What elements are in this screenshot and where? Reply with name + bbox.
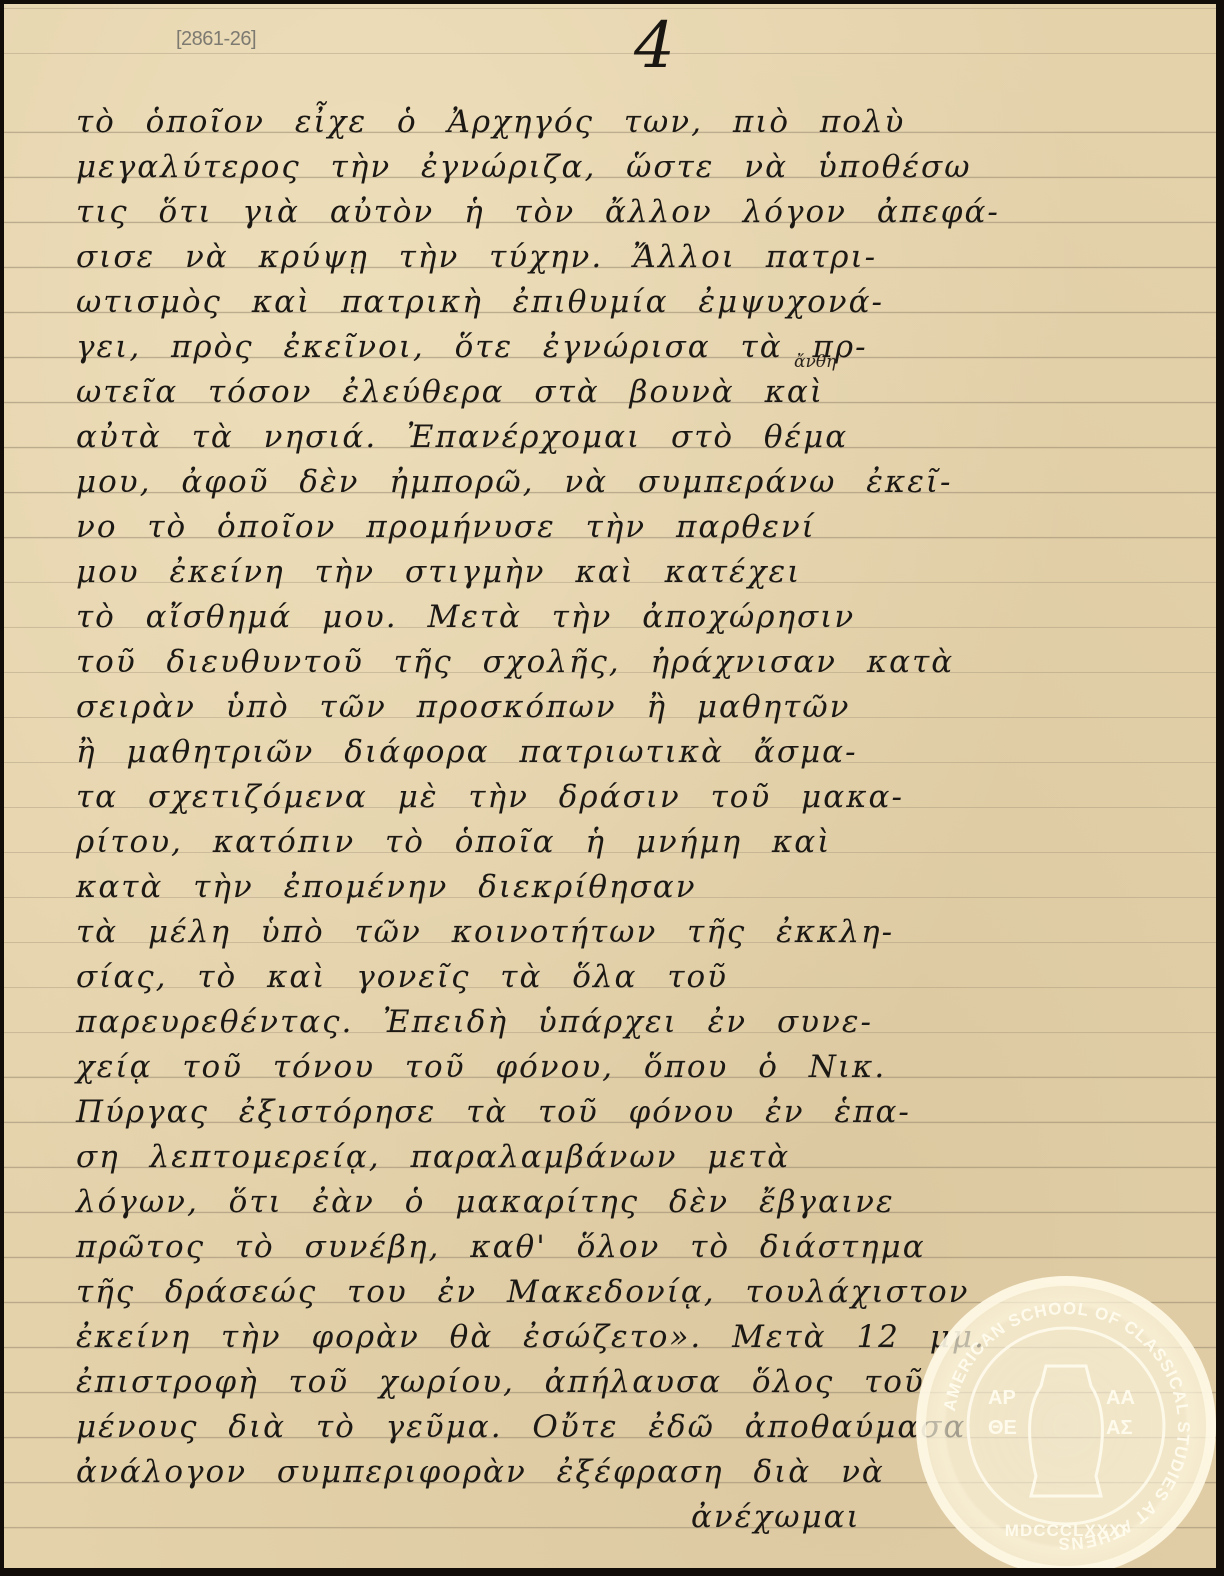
text-line: τα σχετιζόμενα μὲ τὴν δράσιν τοῦ μακα-	[76, 775, 1216, 820]
svg-text:ΑΡ: ΑΡ	[988, 1387, 1016, 1409]
manuscript-page: [2861-26] 4 τὸ ὁποῖον εἶχε ὁ Ἀρχηγός των…	[4, 4, 1216, 1568]
svg-text:ΑΣ: ΑΣ	[1106, 1417, 1132, 1439]
text-line: μου ἐκείνη τὴν στιγμὴν καὶ κατέχει	[76, 550, 1216, 595]
interlinear-insertion: ἄνθη	[794, 352, 836, 372]
text-line: Πύργας ἐξιστόρησε τὰ τοῦ φόνου ἐν ἑπα-	[76, 1090, 1216, 1135]
text-line: τις ὅτι γιὰ αὐτὸν ἡ τὸν ἄλλον λόγον ἀπεφ…	[76, 190, 1216, 235]
seal-emblem-icon: AMERICAN SCHOOL OF CLASSICAL STUDIES AT …	[926, 1286, 1206, 1566]
text-line: ἢ μαθητριῶν διάφορα πατριωτικὰ ἄσμα-	[76, 730, 1216, 775]
text-line: ωτεῖα τόσον ἐλεύθερα στὰ βουνὰ καὶ	[76, 370, 1216, 415]
text-line: τὸ ὁποῖον εἶχε ὁ Ἀρχηγός των, πιὸ πολὺ	[76, 100, 1216, 145]
text-line: τοῦ διευθυντοῦ τῆς σχολῆς, ἠράχνισαν κατ…	[76, 640, 1216, 685]
text-line: σισε νὰ κρύψῃ τὴν τύχην. Ἄλλοι πατρι-	[76, 235, 1216, 280]
text-line: μου, ἀφοῦ δὲν ἠμπορῶ, νὰ συμπεράνω ἐκεῖ-	[76, 460, 1216, 505]
text-line: λόγων, ὅτι ἐὰν ὁ μακαρίτης δὲν ἔβγαινε	[76, 1180, 1216, 1225]
text-line: τὰ μέλη ὑπὸ τῶν κοινοτήτων τῆς ἐκκλη-	[76, 910, 1216, 955]
text-line: μεγαλύτερος τὴν ἐγνώριζα, ὥστε νὰ ὑποθέσ…	[76, 145, 1216, 190]
svg-text:MDCCCLXXXI: MDCCCLXXXI	[1005, 1521, 1127, 1540]
text-line: κατὰ τὴν ἐπομένην διεκρίθησαν	[76, 865, 1216, 910]
text-line: γει, πρὸς ἐκεῖνοι, ὅτε ἐγνώρισα τὰ πρ-	[76, 325, 1216, 370]
text-line: ση λεπτομερείᾳ, παραλαμβάνων μετὰ	[76, 1135, 1216, 1180]
svg-text:ΑΑ: ΑΑ	[1106, 1387, 1135, 1409]
text-line: νο τὸ ὁποῖον προμήνυσε τὴν παρθενί	[76, 505, 1216, 550]
archive-reference: [2861-26]	[176, 28, 256, 51]
text-line: παρευρεθέντας. Ἐπειδὴ ὑπάρχει ἐν συνε-	[76, 1000, 1216, 1045]
watermark-seal: AMERICAN SCHOOL OF CLASSICAL STUDIES AT …	[916, 1276, 1216, 1568]
text-line: αὐτὰ τὰ νησιά. Ἐπανέρχομαι στὸ θέμα	[76, 415, 1216, 460]
svg-text:AMERICAN SCHOOL OF CLASSICAL S: AMERICAN SCHOOL OF CLASSICAL STUDIES AT …	[940, 1299, 1193, 1553]
page-number: 4	[634, 14, 675, 78]
svg-text:ΘΕ: ΘΕ	[988, 1417, 1017, 1439]
scan-frame: [2861-26] 4 τὸ ὁποῖον εἶχε ὁ Ἀρχηγός των…	[0, 0, 1224, 1576]
text-line: ρίτου, κατόπιν τὸ ὁποῖα ἡ μνήμη καὶ	[76, 820, 1216, 865]
text-line: ωτισμὸς καὶ πατρικὴ ἐπιθυμία ἐμψυχονά-	[76, 280, 1216, 325]
text-line: σίας, τὸ καὶ γονεῖς τὰ ὅλα τοῦ	[76, 955, 1216, 1000]
text-line: πρῶτος τὸ συνέβη, καθ' ὅλον τὸ διάστημα	[76, 1225, 1216, 1270]
text-line: σειρὰν ὑπὸ τῶν προσκόπων ἢ μαθητῶν	[76, 685, 1216, 730]
text-line: τὸ αἴσθημά μου. Μετὰ τὴν ἀποχώρησιν	[76, 595, 1216, 640]
text-line: χείᾳ τοῦ τόνου τοῦ φόνου, ὅπου ὁ Νικ.	[76, 1045, 1216, 1090]
